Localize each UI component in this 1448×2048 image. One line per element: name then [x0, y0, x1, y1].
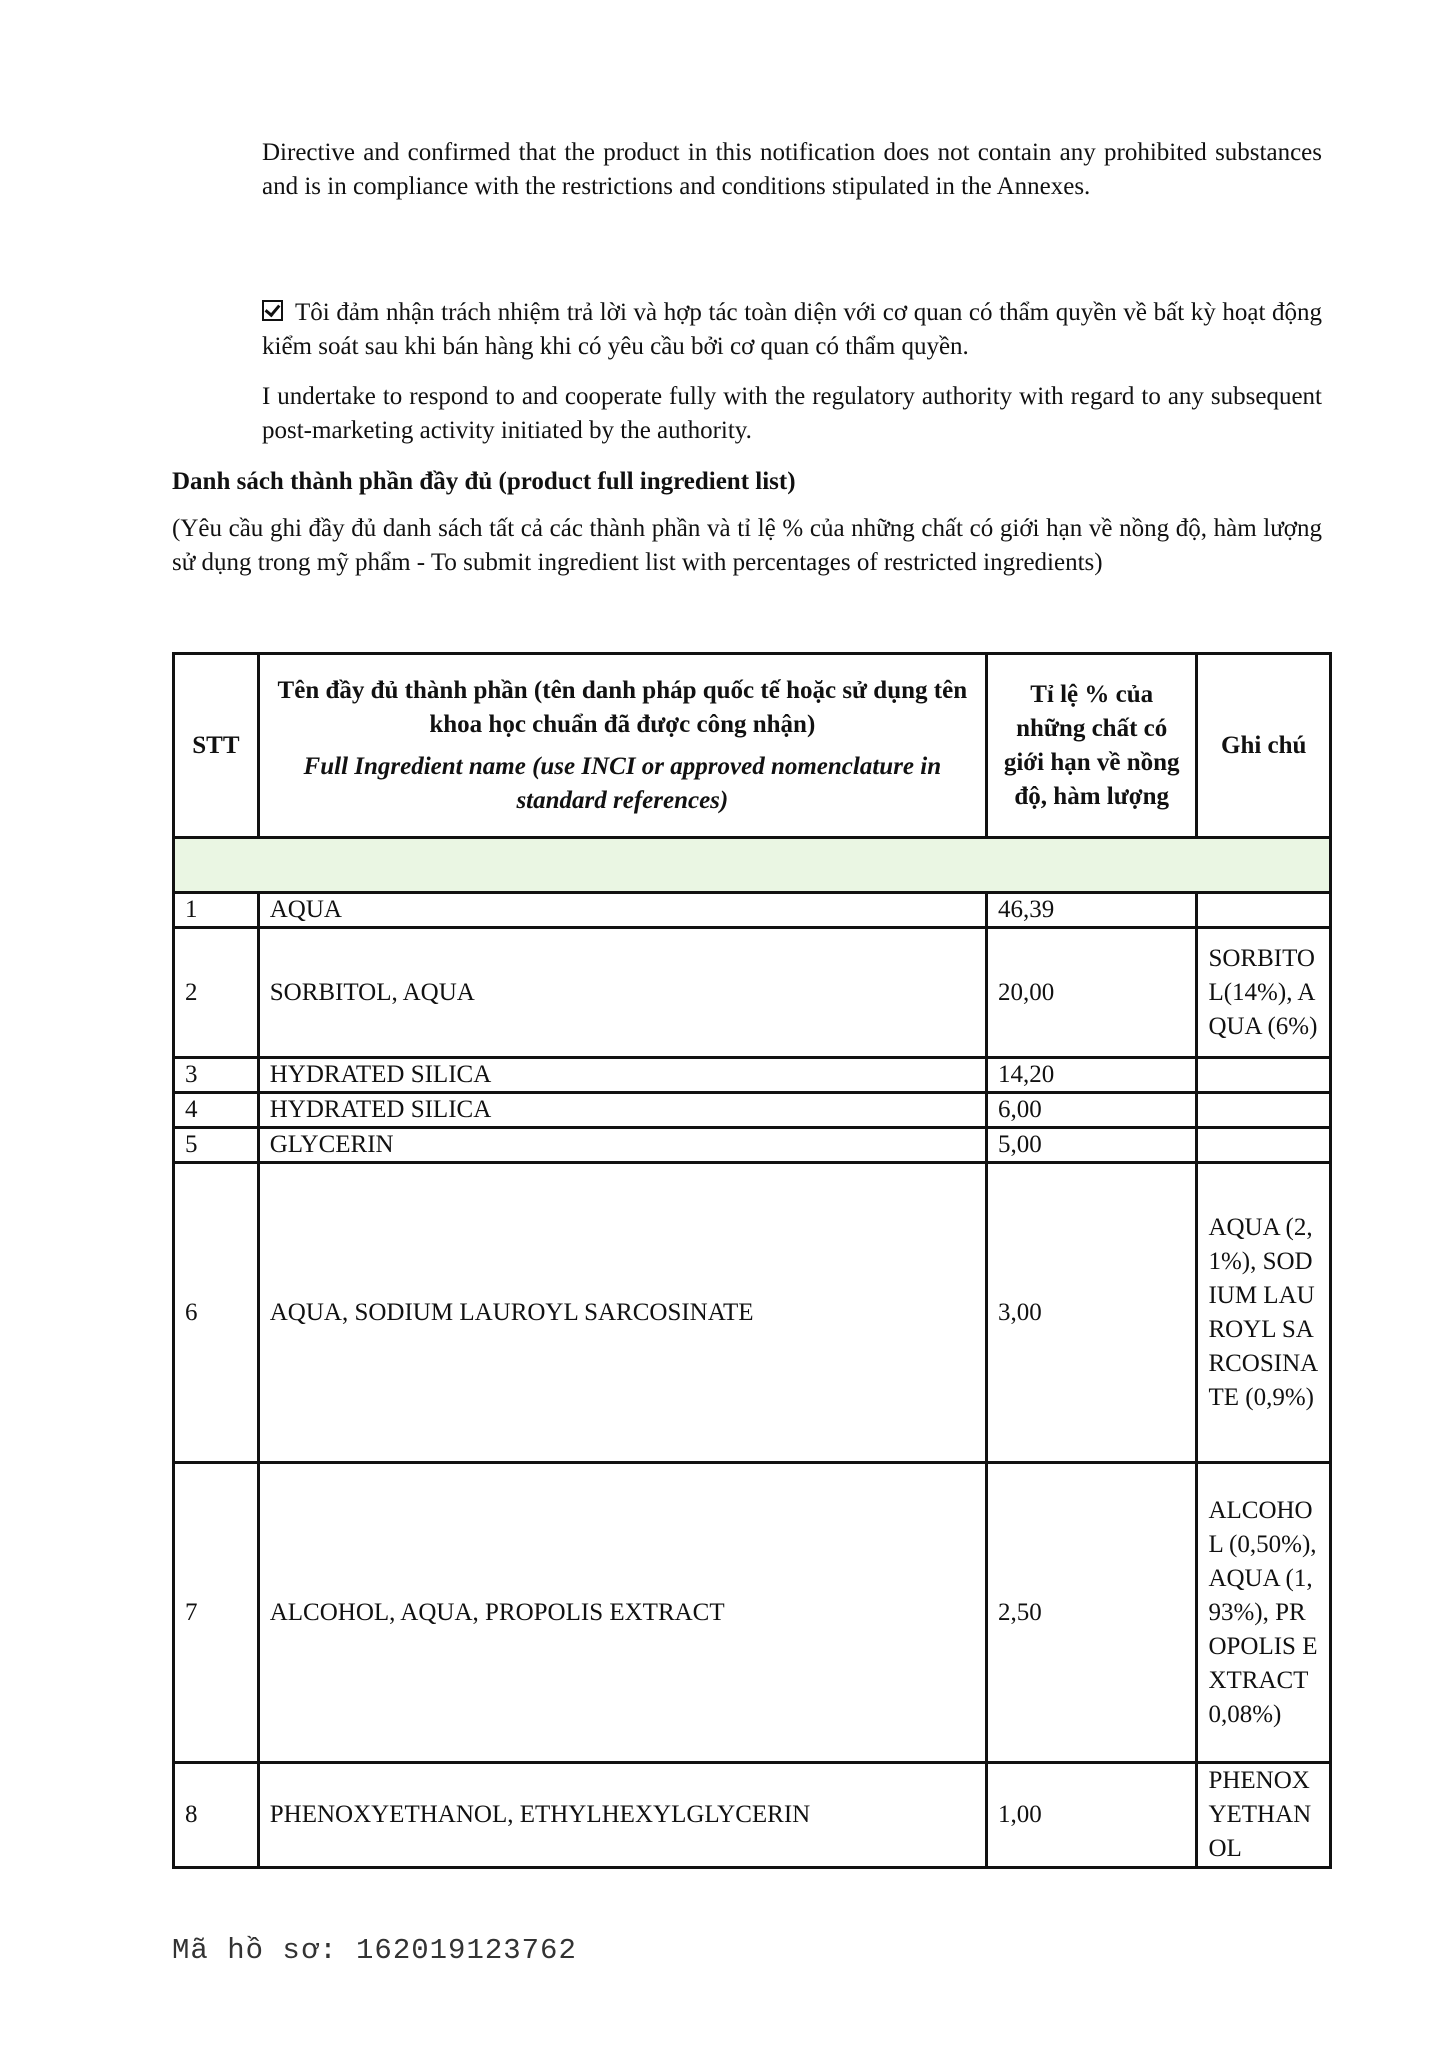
row-number: 1: [174, 893, 259, 928]
header-note: Ghi chú: [1197, 654, 1331, 838]
note-text: [1197, 1093, 1331, 1128]
table-row: 5GLYCERIN5,00: [174, 1128, 1331, 1163]
undertaking-en-paragraph: I undertake to respond to and cooperate …: [262, 380, 1322, 448]
header-percentage: Tỉ lệ % của những chất có giới hạn về nồ…: [986, 654, 1197, 838]
note-text: [1197, 1058, 1331, 1093]
ingredient-name: HYDRATED SILICA: [258, 1058, 986, 1093]
percentage-value: 3,00: [986, 1163, 1197, 1463]
blank-highlight-row: [174, 838, 1331, 893]
row-number: 3: [174, 1058, 259, 1093]
checked-checkbox-icon[interactable]: [262, 300, 283, 321]
table-row: 8PHENOXYETHANOL, ETHYLHEXYLGLYCERIN1,00P…: [174, 1763, 1331, 1868]
percentage-value: 6,00: [986, 1093, 1197, 1128]
table-row: 7ALCOHOL, AQUA, PROPOLIS EXTRACT2,50ALCO…: [174, 1463, 1331, 1763]
ingredient-name: SORBITOL, AQUA: [258, 928, 986, 1058]
ingredient-name: AQUA: [258, 893, 986, 928]
row-number: 5: [174, 1128, 259, 1163]
table-row: 1AQUA46,39: [174, 893, 1331, 928]
record-code: Mã hồ sơ: 162019123762: [172, 1934, 577, 1967]
note-text: PHENOXYETHANOL: [1197, 1763, 1331, 1868]
percentage-value: 46,39: [986, 893, 1197, 928]
row-number: 6: [174, 1163, 259, 1463]
table-row: 3HYDRATED SILICA14,20: [174, 1058, 1331, 1093]
percentage-value: 20,00: [986, 928, 1197, 1058]
ingredient-name: GLYCERIN: [258, 1128, 986, 1163]
header-ingredient-name: Tên đầy đủ thành phần (tên danh pháp quố…: [258, 654, 986, 838]
row-number: 8: [174, 1763, 259, 1868]
undertaking-vi-text: Tôi đảm nhận trách nhiệm trả lời và hợp …: [262, 299, 1322, 360]
table-header-row: STT Tên đầy đủ thành phần (tên danh pháp…: [174, 654, 1331, 838]
table-row: 4HYDRATED SILICA6,00: [174, 1093, 1331, 1128]
ingredient-table: STT Tên đầy đủ thành phần (tên danh pháp…: [172, 652, 1332, 1869]
ingredient-name: AQUA, SODIUM LAUROYL SARCOSINATE: [258, 1163, 986, 1463]
header-name-vi: Tên đầy đủ thành phần (tên danh pháp quố…: [278, 677, 968, 738]
note-text: [1197, 1128, 1331, 1163]
note-text: SORBITOL(14%), AQUA (6%): [1197, 928, 1331, 1058]
row-number: 7: [174, 1463, 259, 1763]
note-text: AQUA (2,1%), SODIUM LAUROYL SARCOSINATE …: [1197, 1163, 1331, 1463]
note-text: [1197, 893, 1331, 928]
directive-paragraph: Directive and confirmed that the product…: [262, 136, 1322, 204]
note-text: ALCOHOL (0,50%), AQUA (1,93%), PROPOLIS …: [1197, 1463, 1331, 1763]
document-page: Directive and confirmed that the product…: [0, 0, 1448, 2048]
table-row: 2SORBITOL, AQUA20,00SORBITOL(14%), AQUA …: [174, 928, 1331, 1058]
header-stt: STT: [174, 654, 259, 838]
ingredient-name: PHENOXYETHANOL, ETHYLHEXYLGLYCERIN: [258, 1763, 986, 1868]
undertaking-vi-paragraph: Tôi đảm nhận trách nhiệm trả lời và hợp …: [262, 296, 1322, 364]
table-row: 6AQUA, SODIUM LAUROYL SARCOSINATE3,00AQU…: [174, 1163, 1331, 1463]
percentage-value: 14,20: [986, 1058, 1197, 1093]
section-instruction: (Yêu cầu ghi đầy đủ danh sách tất cả các…: [172, 512, 1322, 580]
percentage-value: 1,00: [986, 1763, 1197, 1868]
row-number: 4: [174, 1093, 259, 1128]
header-name-en: Full Ingredient name (use INCI or approv…: [270, 750, 975, 818]
ingredient-name: HYDRATED SILICA: [258, 1093, 986, 1128]
section-title: Danh sách thành phần đầy đủ (product ful…: [172, 468, 796, 496]
row-number: 2: [174, 928, 259, 1058]
percentage-value: 5,00: [986, 1128, 1197, 1163]
ingredient-name: ALCOHOL, AQUA, PROPOLIS EXTRACT: [258, 1463, 986, 1763]
percentage-value: 2,50: [986, 1463, 1197, 1763]
